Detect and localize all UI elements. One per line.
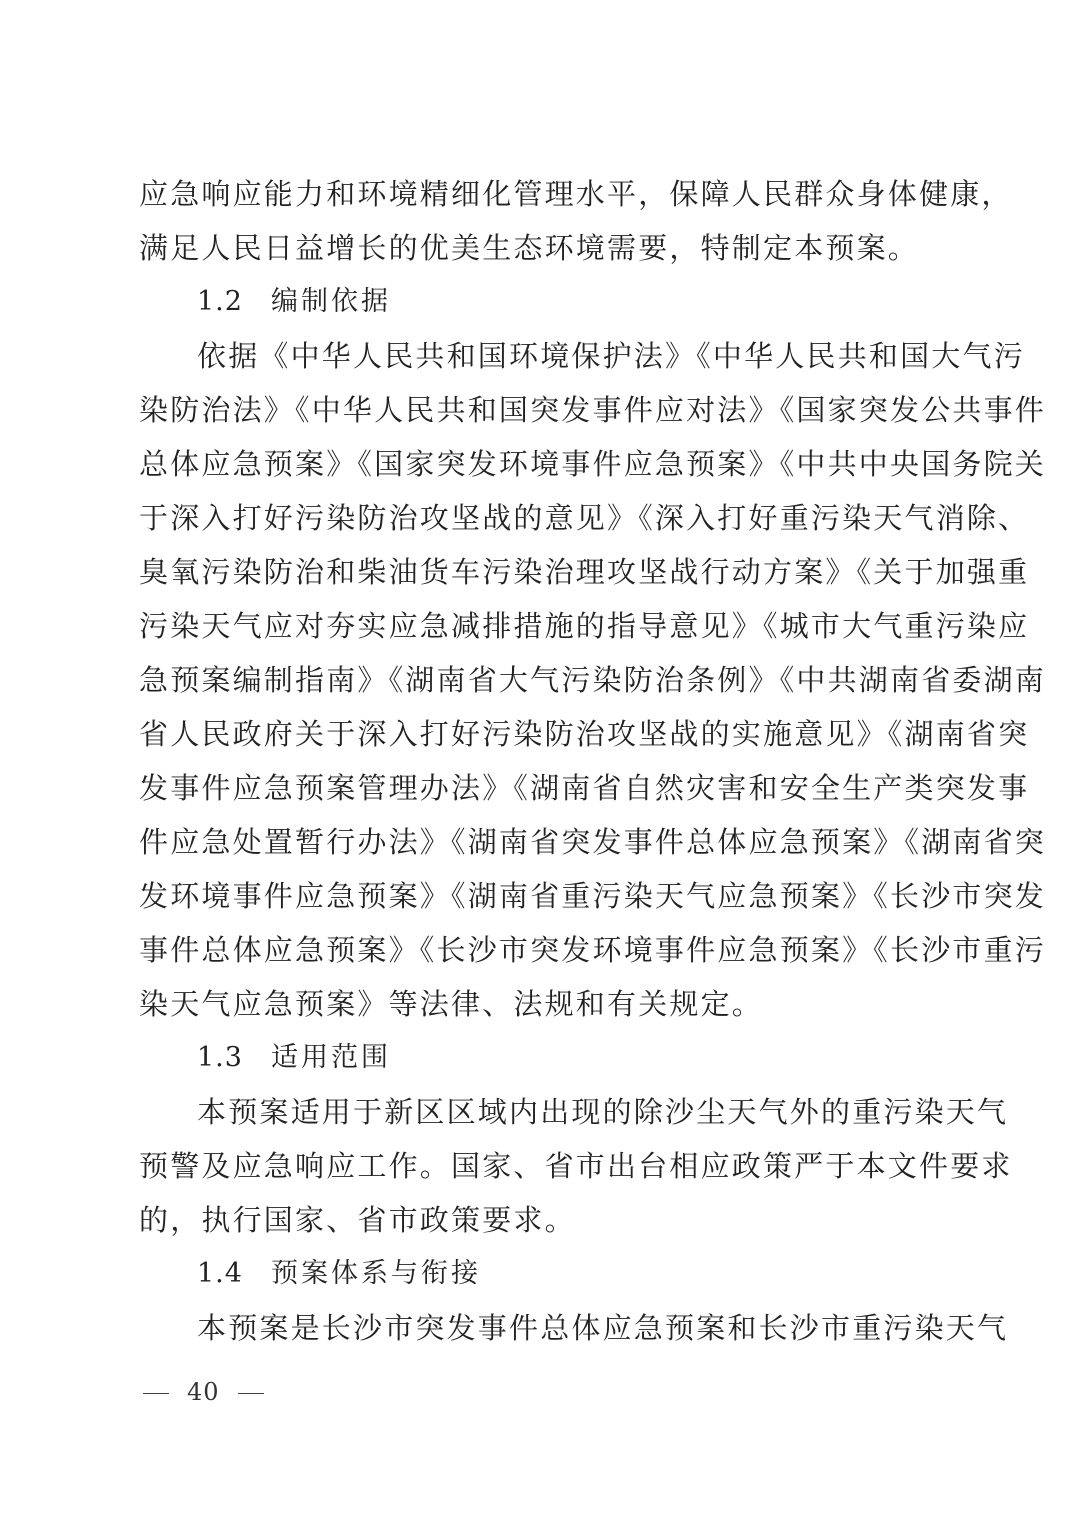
- section-title: 预案体系与衔接: [271, 1258, 481, 1289]
- paragraph-line: 发事件应急预案管理办法》《湖南省自然灾害和安全生产类突发事: [139, 761, 941, 815]
- paragraph-line: 急预案编制指南》《湖南省大气污染防治条例》《中共湖南省委湖南: [139, 653, 941, 707]
- section-title: 适用范围: [271, 1042, 391, 1073]
- paragraph-line: 发环境事件应急预案》《湖南省重污染天气应急预案》《长沙市突发: [139, 869, 941, 923]
- page-number: 40: [187, 1378, 220, 1406]
- paragraph-line: 件应急处置暂行办法》《湖南省突发事件总体应急预案》《湖南省突: [139, 815, 941, 869]
- footer-dash-right: [238, 1393, 264, 1394]
- paragraph-line: 本预案是长沙市突发事件总体应急预案和长沙市重污染天气: [139, 1301, 941, 1355]
- paragraph-line: 依据《中华人民共和国环境保护法》《中华人民共和国大气污: [139, 329, 941, 383]
- paragraph-line: 于深入打好污染防治攻坚战的意见》《深入打好重污染天气消除、: [139, 491, 941, 545]
- paragraph-line: 总体应急预案》《国家突发环境事件应急预案》《中共中央国务院关: [139, 437, 941, 491]
- paragraph-line: 事件总体应急预案》《长沙市突发环境事件应急预案》《长沙市重污: [139, 923, 941, 977]
- paragraph-line: 省人民政府关于深入打好污染防治攻坚战的实施意见》《湖南省突: [139, 707, 941, 761]
- paragraph-line: 染防治法》《中华人民共和国突发事件应对法》《国家突发公共事件: [139, 383, 941, 437]
- document-page: 应急响应能力和环境精细化管理水平，保障人民群众身体健康， 满足人民日益增长的优美…: [0, 0, 1074, 1520]
- document-body: 应急响应能力和环境精细化管理水平，保障人民群众身体健康， 满足人民日益增长的优美…: [139, 167, 941, 1355]
- paragraph-line: 应急响应能力和环境精细化管理水平，保障人民群众身体健康，: [139, 167, 941, 221]
- section-heading-1-3: 1.3适用范围: [139, 1031, 941, 1085]
- paragraph-line: 的，执行国家、省市政策要求。: [139, 1193, 941, 1247]
- section-heading-1-4: 1.4预案体系与衔接: [139, 1247, 941, 1301]
- section-number: 1.4: [197, 1247, 271, 1301]
- paragraph-line: 污染天气应对夯实应急减排措施的指导意见》《城市大气重污染应: [139, 599, 941, 653]
- paragraph-line: 染天气应急预案》等法律、法规和有关规定。: [139, 977, 941, 1031]
- paragraph-line: 满足人民日益增长的优美生态环境需要，特制定本预案。: [139, 221, 941, 275]
- footer-dash-left: [143, 1393, 169, 1394]
- section-number: 1.2: [197, 275, 271, 329]
- section-title: 编制依据: [271, 286, 391, 317]
- paragraph-line: 本预案适用于新区区域内出现的除沙尘天气外的重污染天气: [139, 1085, 941, 1139]
- paragraph-line: 臭氧污染防治和柴油货车污染治理攻坚战行动方案》《关于加强重: [139, 545, 941, 599]
- page-footer: 40: [143, 1378, 264, 1406]
- paragraph-line: 预警及应急响应工作。国家、省市出台相应政策严于本文件要求: [139, 1139, 941, 1193]
- section-heading-1-2: 1.2编制依据: [139, 275, 941, 329]
- section-number: 1.3: [197, 1031, 271, 1085]
